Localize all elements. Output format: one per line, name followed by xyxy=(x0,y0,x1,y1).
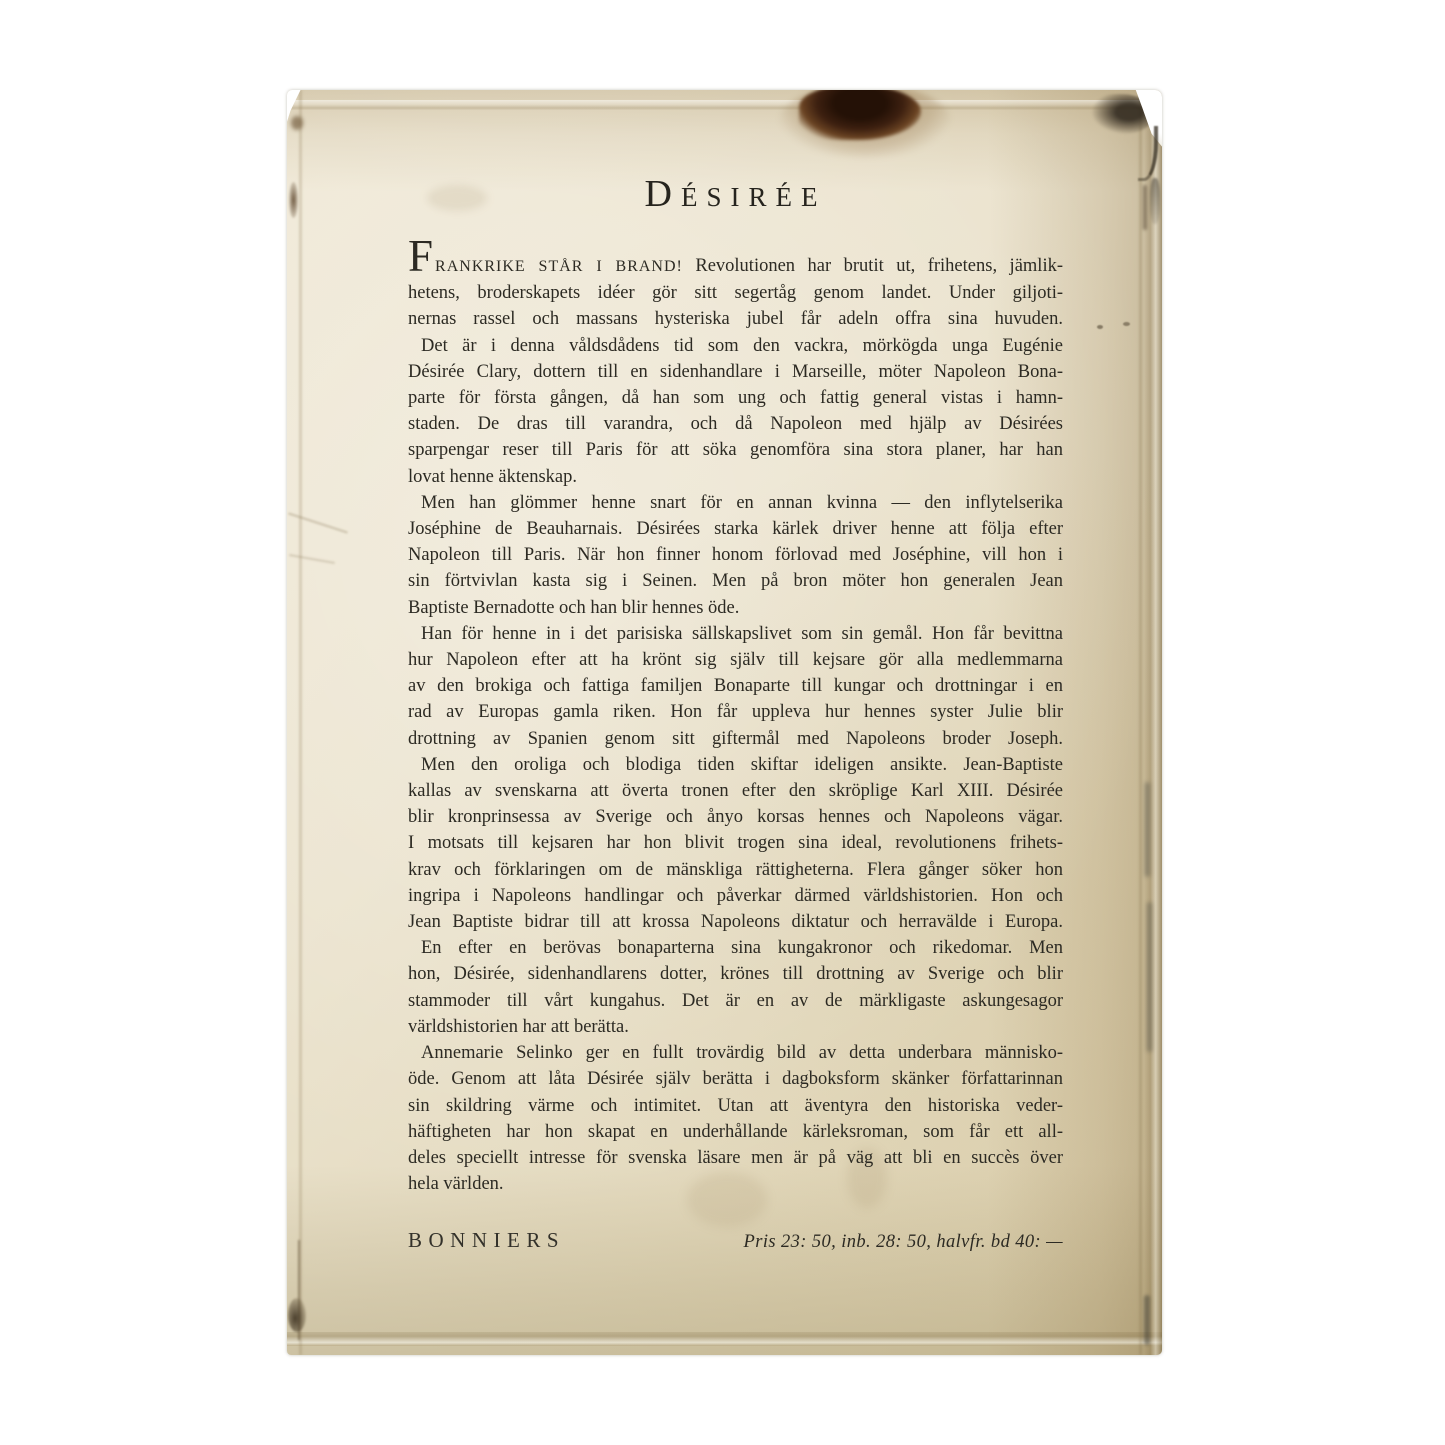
text-line: drottning av Spanien genom sitt giftermå… xyxy=(408,726,1063,752)
cover-printed-content: DÉSIRÉE FRANKRIKE STÅR I BRAND! Revoluti… xyxy=(287,90,1162,1355)
text-line: kallas av svenskarna att överta tronen e… xyxy=(408,778,1063,804)
text-line: Désirée Clary, dottern till en sidenhand… xyxy=(408,359,1063,385)
text-line: FRANKRIKE STÅR I BRAND! Revolutionen har… xyxy=(408,243,1063,280)
title-initial: D xyxy=(645,173,681,215)
text-line: krav och förklaringen om de mänskliga rä… xyxy=(408,857,1063,883)
text-line: Jean Baptiste bidrar till att krossa Nap… xyxy=(408,909,1063,935)
text-line: sin skildring värme och intimitet. Utan … xyxy=(408,1093,1063,1119)
footer-row: BONNIERS Pris 23: 50, inb. 28: 50, halvf… xyxy=(408,1228,1063,1253)
text-line: lovat henne äktenskap. xyxy=(408,464,1063,490)
text-line: blir kronprinsessa av Sverige och ånyo k… xyxy=(408,804,1063,830)
text-line: staden. De dras till varandra, och då Na… xyxy=(408,411,1063,437)
title-rest: ÉSIRÉE xyxy=(681,182,827,212)
price-text: Pris 23: 50, inb. 28: 50, halvfr. bd 40:… xyxy=(744,1232,1063,1253)
text-line: Det är i denna våldsdådens tid som den v… xyxy=(408,333,1063,359)
book-jacket-photo: DÉSIRÉE FRANKRIKE STÅR I BRAND! Revoluti… xyxy=(0,0,1445,1445)
text-line: stammoder till vårt kungahus. Det är en … xyxy=(408,988,1063,1014)
text-line: parte för första gången, då han som ung … xyxy=(408,385,1063,411)
text-line: sin förtvivlan kasta sig i Seinen. Men p… xyxy=(408,568,1063,594)
book-back-cover: DÉSIRÉE FRANKRIKE STÅR I BRAND! Revoluti… xyxy=(287,90,1162,1355)
text-line: ingripa i Napoleons handlingar och påver… xyxy=(408,883,1063,909)
text-line: nernas rassel och massans hysteriska jub… xyxy=(408,306,1063,332)
text-line: hon, Désirée, sidenhandlarens dotter, kr… xyxy=(408,961,1063,987)
text-line: hetens, broderskapets idéer gör sitt seg… xyxy=(408,280,1063,306)
text-line: Men han glömmer henne snart för en annan… xyxy=(408,490,1063,516)
dropcap-letter: F xyxy=(408,231,435,281)
text-line: världshistorien har att berätta. xyxy=(408,1014,1063,1040)
text-line: Men den oroliga och blodiga tiden skifta… xyxy=(408,752,1063,778)
text-line: hela världen. xyxy=(408,1171,1063,1197)
text-line: Baptiste Bernadotte och han blir hennes … xyxy=(408,595,1063,621)
text-line: deles speciellt intresse för svenska läs… xyxy=(408,1145,1063,1171)
text-line: öde. Genom att låta Désirée själv berätt… xyxy=(408,1066,1063,1092)
publisher-name: BONNIERS xyxy=(408,1228,565,1253)
text-line: sparpengar reser till Paris för att söka… xyxy=(408,437,1063,463)
lead-caps: RANKRIKE STÅR I BRAND! xyxy=(435,258,683,275)
text-line: hur Napoleon efter att ha krönt sig själ… xyxy=(408,647,1063,673)
text-line: häftigheten har hon skapat en underhålla… xyxy=(408,1119,1063,1145)
first-line-rest: Revolutionen har brutit ut, frihetens, j… xyxy=(695,256,1063,276)
text-line: Annemarie Selinko ger en fullt trovärdig… xyxy=(408,1040,1063,1066)
text-line: Napoleon till Paris. När hon finner hono… xyxy=(408,542,1063,568)
text-line: av den brokiga och fattiga familjen Bona… xyxy=(408,673,1063,699)
text-line: Han för henne in i det parisiska sällska… xyxy=(408,621,1063,647)
book-title: DÉSIRÉE xyxy=(408,172,1063,216)
text-line: I motsats till kejsaren har hon blivit t… xyxy=(408,830,1063,856)
blurb-text: FRANKRIKE STÅR I BRAND! Revolutionen har… xyxy=(408,243,1063,1197)
text-line: rad av Europas gamla riken. Hon får uppl… xyxy=(408,699,1063,725)
text-line: Joséphine de Beauharnais. Désirées stark… xyxy=(408,516,1063,542)
text-line: En efter en berövas bonaparterna sina ku… xyxy=(408,935,1063,961)
